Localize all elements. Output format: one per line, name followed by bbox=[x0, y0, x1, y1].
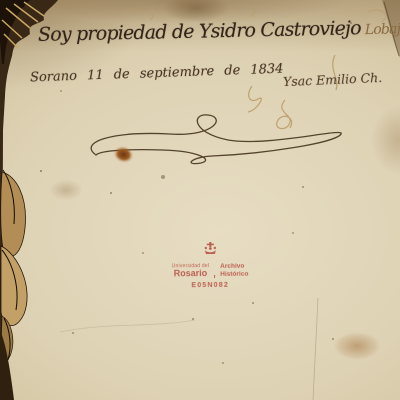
torn-flap bbox=[1, 316, 13, 361]
torn-flap bbox=[1, 172, 26, 257]
paper-stain-overlay bbox=[0, 0, 400, 400]
stamp-institution: Universidad del Rosario bbox=[172, 263, 215, 278]
stamp-archive: Archivo Histórico bbox=[215, 263, 248, 278]
manuscript-page: Soy propiedad de Ysidro CastroviejoLobaj… bbox=[0, 0, 400, 400]
corner-tear-top-right bbox=[0, 0, 400, 400]
stamp-code: E05N082 bbox=[167, 282, 253, 290]
date-line: Sorano 11 de septiembre de 1834 bbox=[30, 62, 284, 86]
ink-blot-stain bbox=[111, 143, 136, 166]
stamp-archive-line2: Histórico bbox=[220, 270, 248, 278]
signature: Ysac Emilio Ch. bbox=[283, 70, 383, 89]
archive-stamp: Universidad del Rosario Archivo Históric… bbox=[167, 241, 253, 290]
stamp-institution-line2: Rosario bbox=[174, 269, 208, 278]
stamp-text-row: Universidad del Rosario Archivo Históric… bbox=[167, 263, 253, 279]
ink-flourish-layer bbox=[0, 0, 400, 400]
ownership-inscription: Soy propiedad de Ysidro CastroviejoLobaj… bbox=[38, 16, 400, 46]
ownership-surname-faded: Lobajas bbox=[365, 21, 400, 38]
ownership-text: Soy propiedad de Ysidro Castroviejo bbox=[38, 17, 361, 46]
rosario-crest-icon bbox=[167, 241, 253, 262]
torn-left-edge bbox=[0, 0, 70, 400]
torn-flap bbox=[1, 246, 27, 326]
paper-speckles bbox=[40, 170, 42, 172]
edge-cracks bbox=[2, 170, 17, 360]
